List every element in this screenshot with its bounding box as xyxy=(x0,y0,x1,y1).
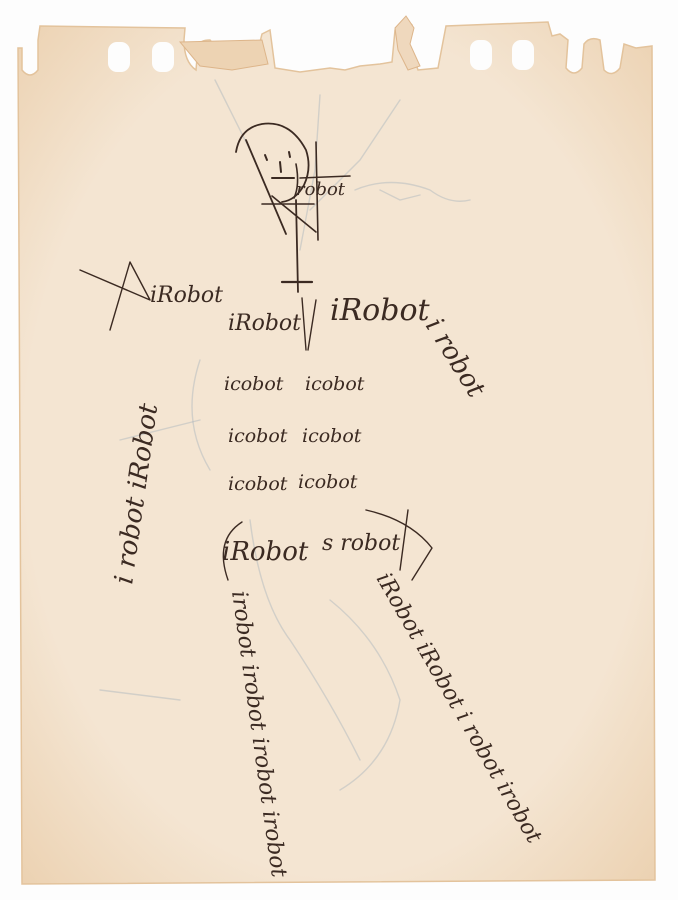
shoulder-right-text: iRobot xyxy=(330,293,431,328)
torso-row-2-a: icobot xyxy=(228,425,288,447)
torso-row-2-b: icobot xyxy=(302,425,362,447)
paper-sheet xyxy=(18,18,655,884)
torso-row-1-b: icobot xyxy=(305,373,365,395)
shoulder-left-text: iRobot xyxy=(150,283,223,308)
torso-row-1-a: icobot xyxy=(224,373,284,395)
head-label: robot xyxy=(296,179,346,200)
scanned-drawing: robot iRobot iRobot iRobot icobot icobot… xyxy=(0,0,678,900)
hip-right-text: s robot xyxy=(322,531,400,556)
torso-row-3-b: icobot xyxy=(298,471,358,493)
torso-row-3-a: icobot xyxy=(228,473,288,495)
shoulder-middle-text: iRobot xyxy=(228,311,301,336)
torn-flap xyxy=(180,40,268,70)
hip-left-text: iRobot xyxy=(222,537,309,567)
